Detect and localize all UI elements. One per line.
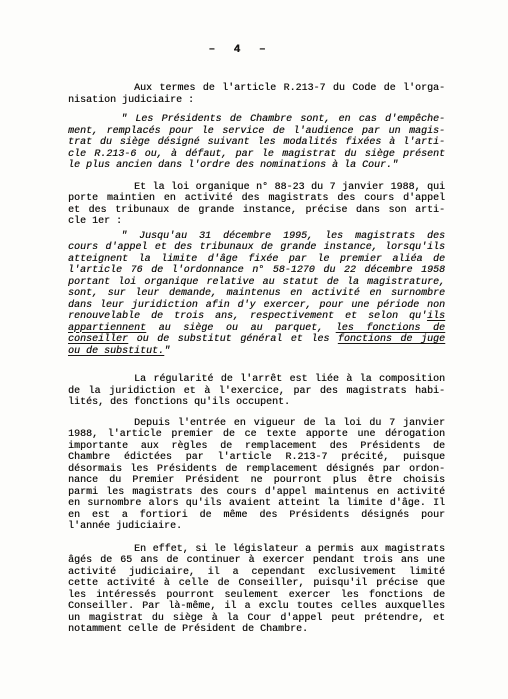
text-line: trat du siège désigné suivant les modali…: [68, 137, 445, 149]
text-line: désormais les Présidents de remplacement…: [68, 464, 445, 476]
paragraph: En effet, si le législateur a permis aux…: [68, 544, 445, 636]
text-line: portant loi organique relative au statut…: [68, 277, 445, 289]
text-line: Et la loi organique n° 88-23 du 7 janvie…: [68, 182, 445, 194]
text-line: les intéressés pourront seulement exerce…: [68, 590, 445, 602]
text-line: de la juridiction et à l'exercice, par d…: [68, 386, 445, 398]
quote-block: " Les Présidents de Chambre sont, en cas…: [68, 114, 445, 172]
document-body: Aux termes de l'article R.213-7 du Code …: [68, 83, 445, 636]
text-line: Chambre édictées par l'article R.213-7 p…: [68, 452, 445, 464]
text-line: porte maintien en activité des magistrat…: [68, 193, 445, 205]
text-line: parmi les magistrats des cours d'appel m…: [68, 487, 445, 499]
text-line: dans leur juridiction afin d'y exercer, …: [68, 300, 445, 312]
text-line: nance du Premier Président ne pourront p…: [68, 475, 445, 487]
text-line: lités, des fonctions qu'ils occupent.: [68, 397, 445, 409]
quote-block: " Jusqu'au 31 décembre 1995, les magistr…: [68, 231, 445, 358]
text-line: âgés de 65 ans de continuer à exercer pe…: [68, 555, 445, 567]
text-line: en est a fortiori de même des Présidents…: [68, 510, 445, 522]
text-line: importante aux règles de remplacement de…: [68, 441, 445, 453]
scanned-document-page: – 4 – Aux termes de l'article R.213-7 du…: [0, 0, 508, 699]
text-line: atteignent la limite d'âge fixée par le …: [68, 254, 445, 266]
paragraph: Aux termes de l'article R.213-7 du Code …: [68, 83, 445, 106]
text-line: appartiennent au siège ou au parquet, le…: [68, 323, 445, 335]
text-line: cours d'appel et des tribunaux de grande…: [68, 242, 445, 254]
text-line: et des tribunaux de grande instance, pré…: [68, 205, 445, 217]
text-line: " Jusqu'au 31 décembre 1995, les magistr…: [68, 231, 445, 243]
text-line: cle 1er :: [68, 216, 445, 228]
text-line: l'article 76 de l'ordonnance n° 58-1270 …: [68, 265, 445, 277]
text-line: ou de substitut.": [68, 346, 445, 358]
text-line: Conseiller. Par là-même, il a exclu tout…: [68, 601, 445, 613]
text-line: le plus ancien dans l'ordre des nominati…: [68, 160, 445, 172]
text-line: En effet, si le législateur a permis aux…: [68, 544, 445, 556]
paragraph: La régularité de l'arrêt est liée à la c…: [68, 374, 445, 409]
text-line: Depuis l'entrée en vigueur de la loi du …: [68, 418, 445, 430]
paragraph: Et la loi organique n° 88-23 du 7 janvie…: [68, 182, 445, 228]
text-line: sont, sur leur demande, maintenus en act…: [68, 288, 445, 300]
text-line: 1988, l'article premier de ce texte appo…: [68, 429, 445, 441]
text-line: renouvelable de trois ans, respectivemen…: [68, 311, 445, 323]
text-line: l'année judiciaire.: [68, 521, 445, 533]
text-line: conseiller ou de substitut général et le…: [68, 334, 445, 346]
page-number: – 4 –: [68, 0, 408, 56]
text-line: activité judiciaire, il a cependant excl…: [68, 567, 445, 579]
text-line: cette activité à celle de Conseiller, pu…: [68, 578, 445, 590]
text-line: Aux termes de l'article R.213-7 du Code …: [68, 83, 445, 95]
text-line: un magistrat du siège à la Cour d'appel …: [68, 613, 445, 625]
text-line: nisation judiciaire :: [68, 95, 445, 107]
text-line: cle R.213-6 ou, à défaut, par le magistr…: [68, 149, 445, 161]
text-line: ment, remplacés pour le service de l'aud…: [68, 126, 445, 138]
text-line: en surnombre alors qu'ils avaient attein…: [68, 498, 445, 510]
text-line: notamment celle de Président de Chambre.: [68, 624, 445, 636]
paragraph: Depuis l'entrée en vigueur de la loi du …: [68, 418, 445, 533]
text-line: La régularité de l'arrêt est liée à la c…: [68, 374, 445, 386]
text-line: " Les Présidents de Chambre sont, en cas…: [68, 114, 445, 126]
